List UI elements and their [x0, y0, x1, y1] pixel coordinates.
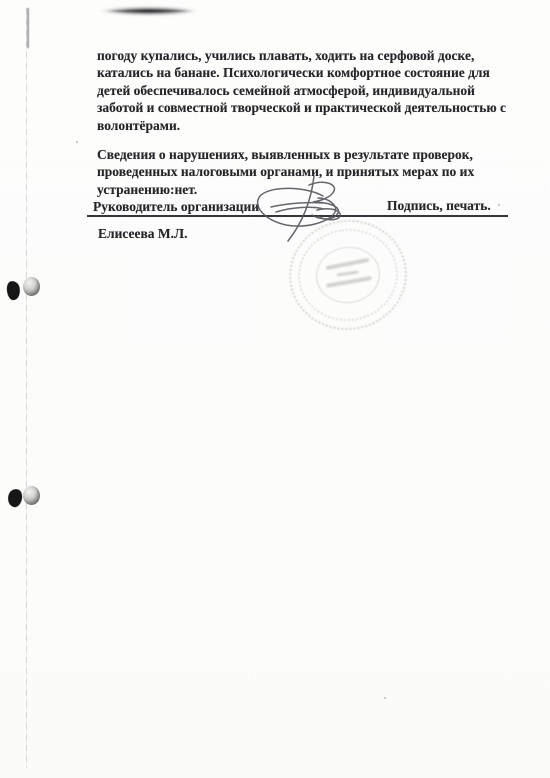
scan-edge-line-dark-top	[27, 8, 29, 48]
scan-speck	[76, 141, 78, 143]
binder-ball-mark-icon	[23, 277, 40, 296]
binder-hole-shadow-top	[0, 277, 45, 302]
signature-caption: Подпись, печать.	[387, 198, 491, 214]
paragraph-camp-activities: погоду купались, учились плавать, ходить…	[97, 47, 511, 134]
round-ink-stamp-icon	[282, 212, 414, 337]
scan-speck	[498, 204, 500, 206]
scanner-smudge-core	[98, 9, 200, 13]
paragraph-tax-violations: Сведения о нарушениях, выявленных в резу…	[97, 146, 511, 198]
scan-speck	[384, 697, 386, 699]
signature-rule-line	[87, 215, 508, 217]
binder-clip-mark-icon	[6, 487, 24, 508]
binder-ball-mark-icon	[23, 486, 40, 505]
scanned-document-page: погоду купались, учились плавать, ходить…	[0, 0, 550, 778]
scan-edge-line	[26, 8, 27, 768]
signatory-role-label: Руководитель организации	[93, 199, 259, 215]
document-body: погоду купались, учились плавать, ходить…	[97, 47, 511, 210]
signatory-name: Елисеева М.Л.	[98, 226, 187, 242]
binder-hole-shadow-bottom	[0, 486, 45, 511]
binder-clip-mark-icon	[5, 280, 21, 301]
